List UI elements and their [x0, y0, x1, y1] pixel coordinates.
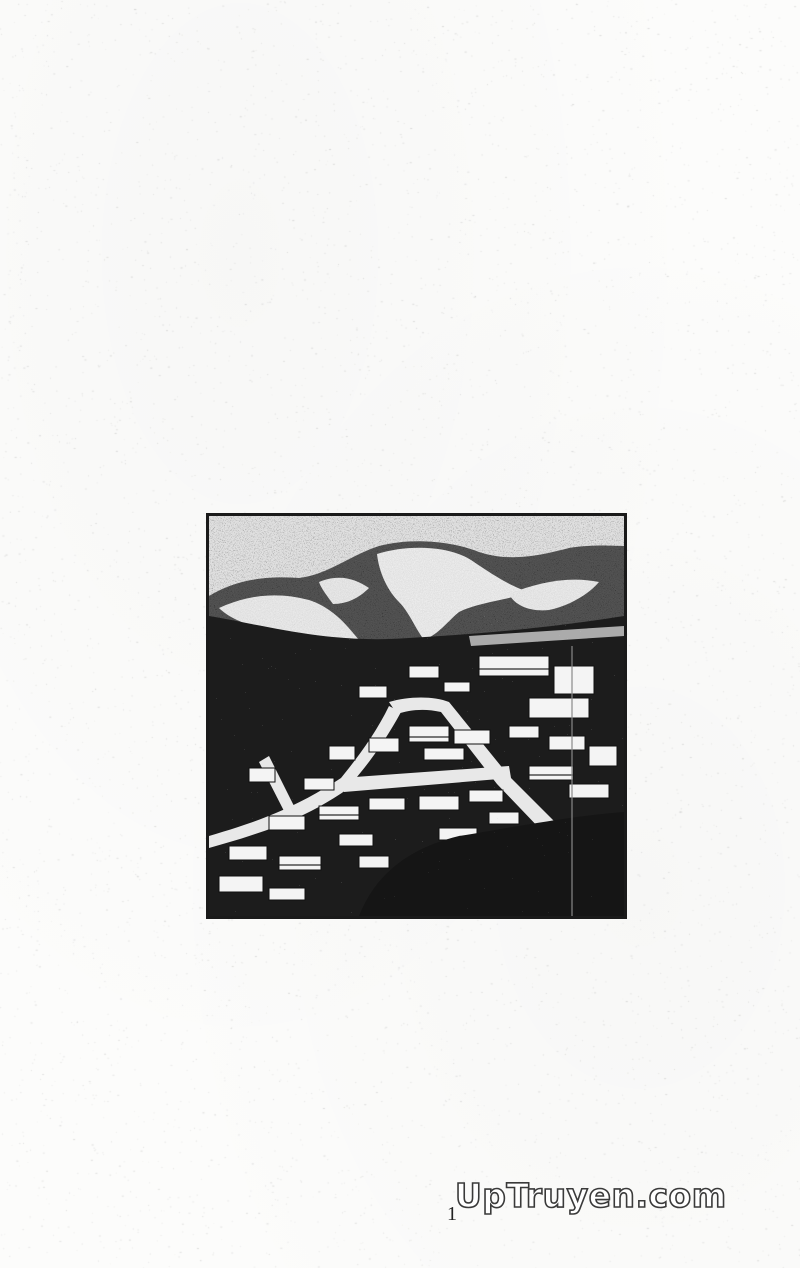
- mountain-town-drawing: [209, 516, 624, 916]
- town-illustration: [206, 513, 627, 919]
- scanned-page: 1 UpTruyen.com: [0, 0, 800, 1268]
- site-watermark: UpTruyen.com: [455, 1176, 727, 1215]
